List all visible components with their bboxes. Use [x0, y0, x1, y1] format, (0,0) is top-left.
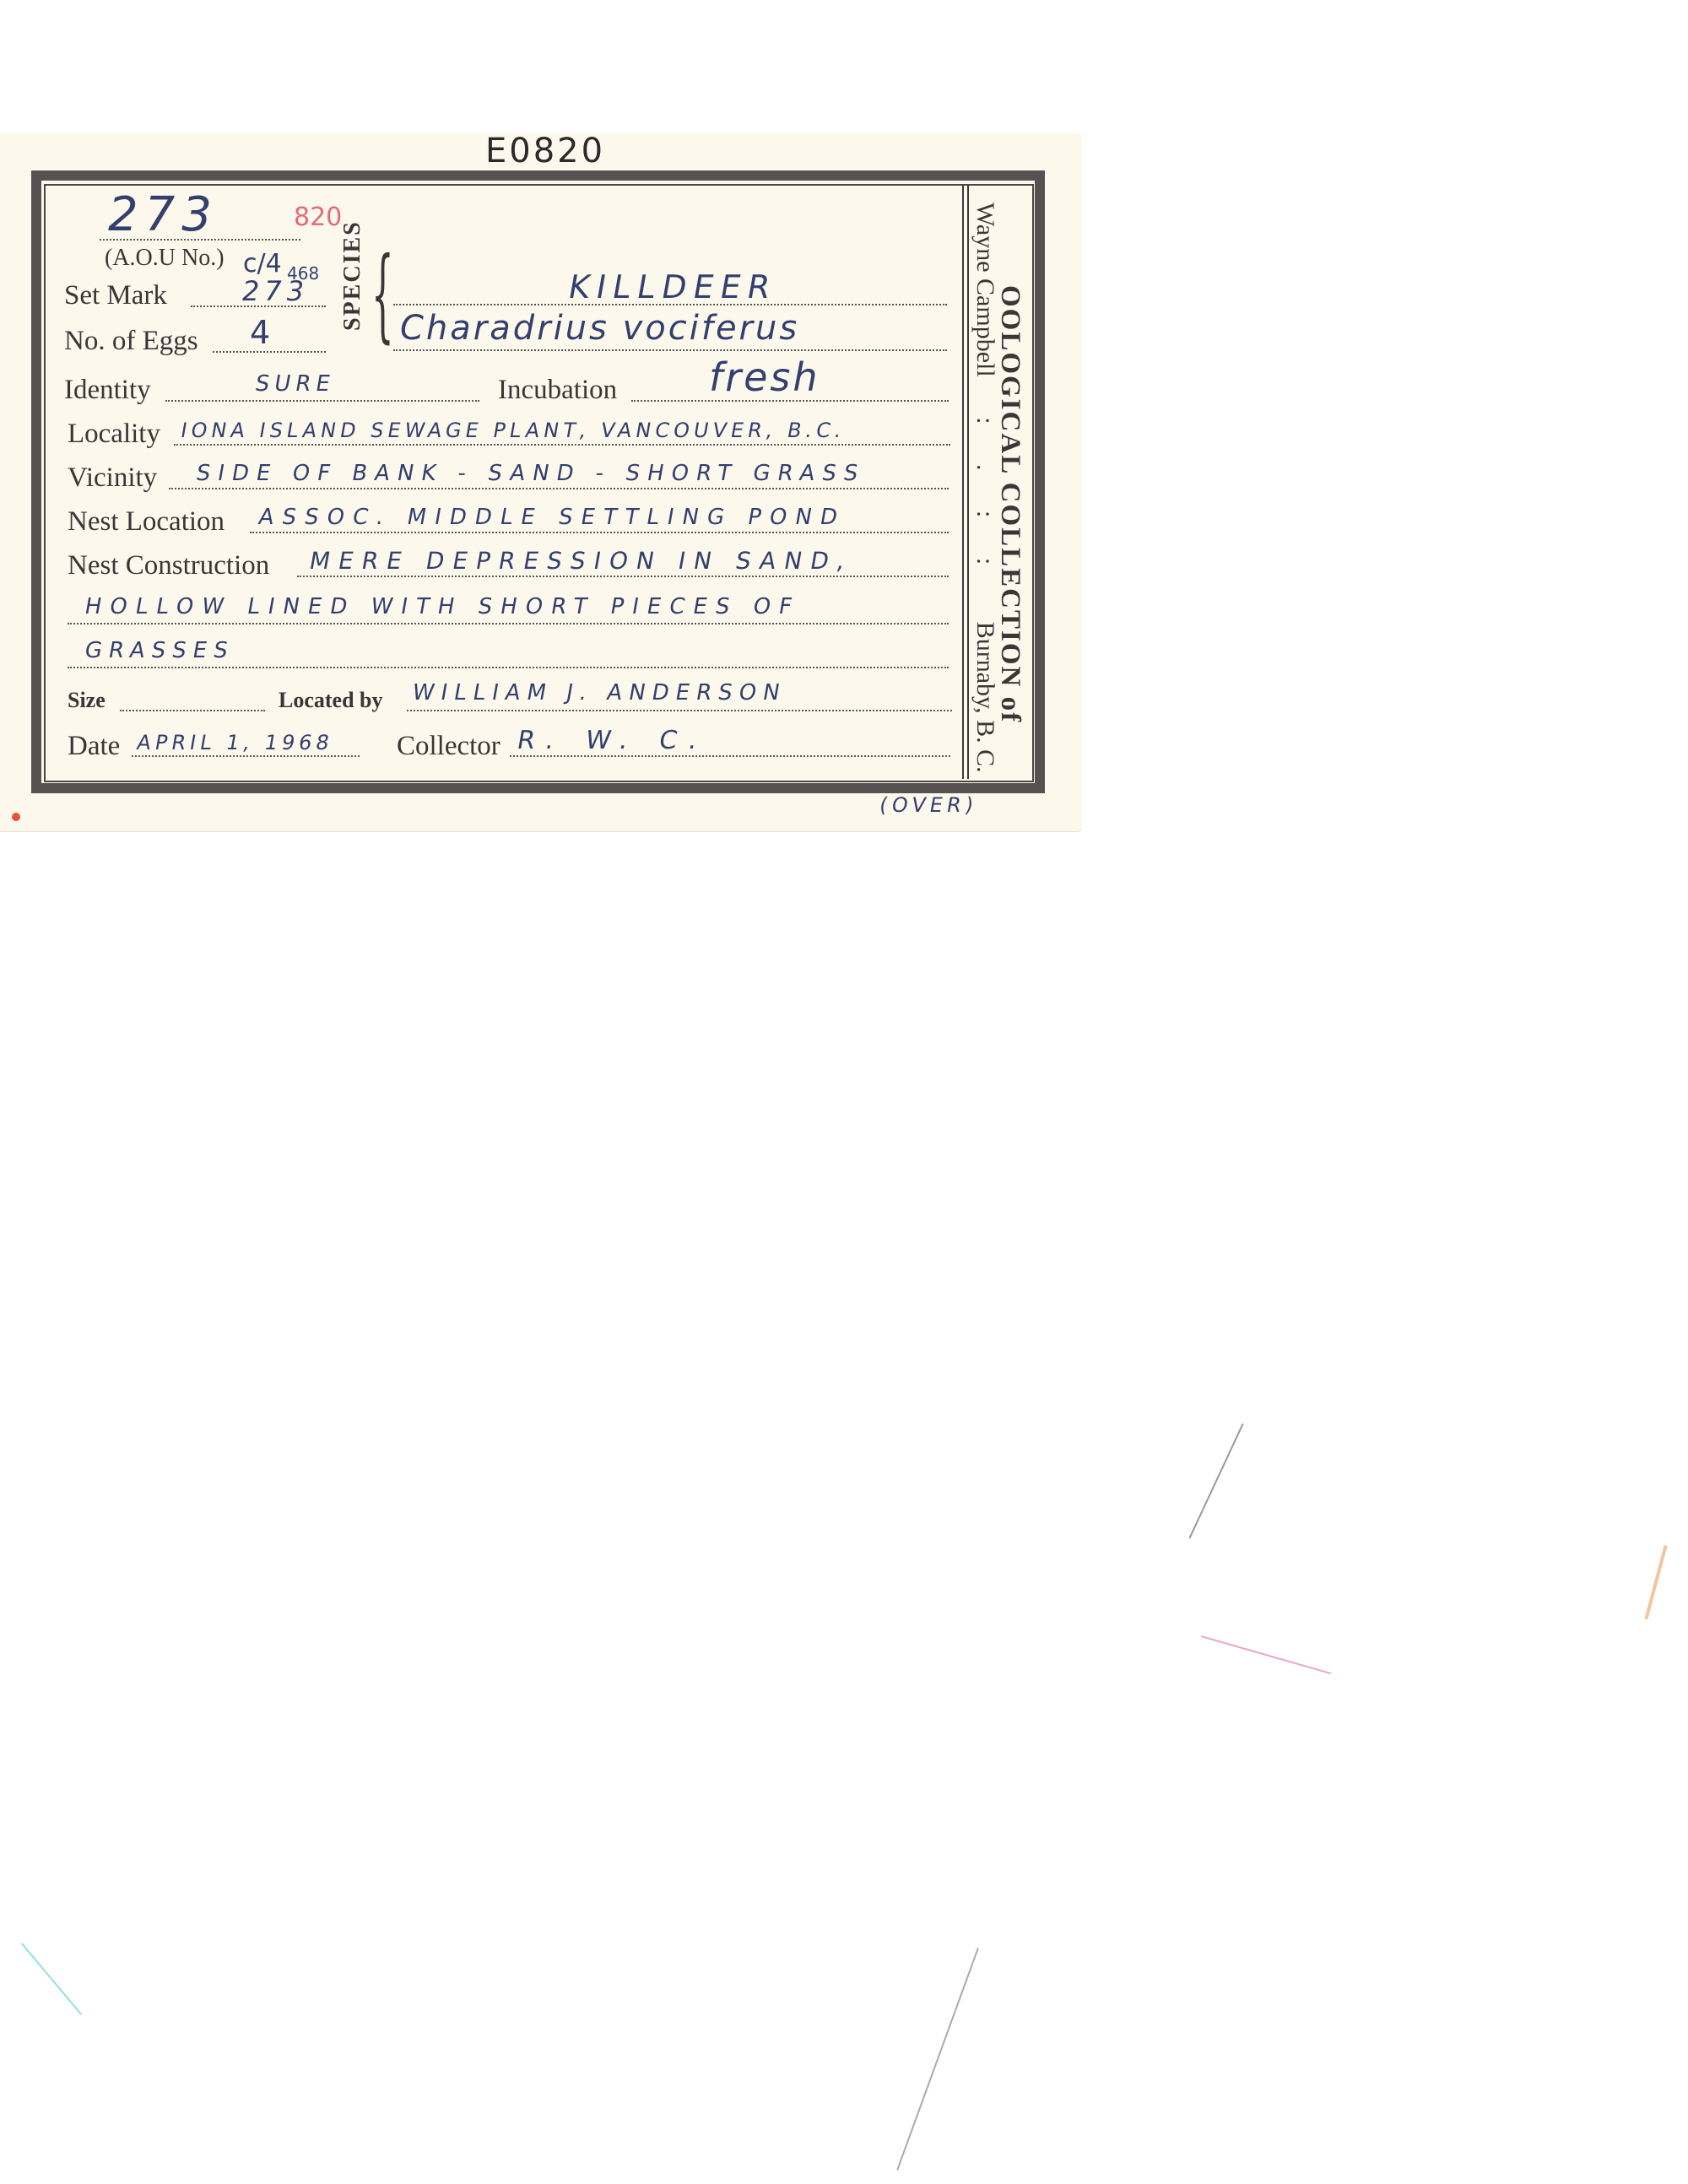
- located-by-value: WILLIAM J. ANDERSON: [410, 680, 788, 705]
- date-label: Date: [68, 731, 120, 762]
- date-value: APRIL 1, 1968: [135, 731, 335, 754]
- set-mark-value: 273: [242, 275, 309, 307]
- nest-construction-line-2: [68, 623, 949, 624]
- set-mark-label: Set Mark: [64, 280, 167, 311]
- scan-scratch: [896, 1948, 979, 2170]
- located-by-label: Located by: [279, 688, 383, 713]
- identity-value: SURE: [253, 371, 337, 397]
- date-line: [132, 755, 360, 757]
- vicinity-line: [169, 488, 949, 489]
- size-label: Size: [68, 688, 105, 713]
- locality-label: Locality: [68, 419, 160, 450]
- scan-scratch: [1188, 1424, 1243, 1539]
- over-note: (OVER): [878, 793, 979, 817]
- incubation-value: fresh: [709, 354, 820, 400]
- scientific-name-line: [393, 349, 947, 351]
- aou-label: (A.O.U No.): [105, 245, 225, 272]
- size-line: [120, 710, 265, 711]
- clutch-value: c/4: [243, 249, 282, 278]
- collection-separator: : . : :: [971, 417, 999, 581]
- scan-scratch: [21, 1943, 82, 2015]
- species-brace: {: [371, 245, 394, 346]
- scan-scratch: [1201, 1635, 1331, 1674]
- collector-label: Collector: [397, 731, 500, 762]
- eggs-value: 4: [250, 314, 270, 351]
- collection-owner: Wayne Campbell: [971, 203, 999, 377]
- nest-location-value: ASSOC. MIDDLE SETTLING POND: [257, 505, 847, 530]
- nest-construction-line-3: [68, 667, 949, 668]
- nest-construction-line-1: [297, 576, 949, 577]
- nest-location-line: [250, 532, 949, 533]
- collector-line: [510, 755, 950, 757]
- nest-construction-value-3: GRASSES: [83, 638, 236, 663]
- incubation-line: [631, 400, 949, 402]
- side-divider: [962, 186, 964, 779]
- species-label: SPECIES: [339, 220, 366, 331]
- collection-owner-line: Wayne Campbell : . : : Burnaby, B. C.: [971, 203, 999, 773]
- nest-construction-value-1: MERE DEPRESSION IN SAND,: [307, 547, 856, 575]
- vicinity-label: Vicinity: [68, 462, 157, 494]
- collection-place: Burnaby, B. C.: [971, 622, 999, 773]
- aou-number-line: [100, 239, 300, 241]
- vicinity-value: SIDE OF BANK - SAND - SHORT GRASS: [194, 461, 868, 486]
- located-by-line: [407, 710, 952, 711]
- collector-value: R. W. C.: [515, 726, 711, 755]
- eggs-label: No. of Eggs: [64, 326, 198, 357]
- nest-construction-label: Nest Construction: [68, 550, 269, 581]
- side-divider: [967, 186, 969, 779]
- nest-location-label: Nest Location: [68, 506, 225, 538]
- identity-line: [165, 400, 479, 402]
- red-dot-mark: [12, 813, 20, 821]
- eggs-line: [213, 351, 326, 353]
- nest-construction-value-2: HOLLOW LINED WITH SHORT PIECES OF: [83, 594, 803, 619]
- scientific-name: Charadrius vociferus: [400, 309, 799, 348]
- red-number: 820: [294, 203, 342, 232]
- catalog-number: E0820: [485, 132, 605, 170]
- incubation-label: Incubation: [498, 375, 617, 406]
- common-name: KILLDEER: [565, 268, 780, 305]
- locality-line: [174, 444, 950, 446]
- scan-scratch: [1644, 1545, 1667, 1619]
- locality-value: IONA ISLAND SEWAGE PLANT, VANCOUVER, B.C…: [179, 419, 847, 442]
- aou-number: 273: [108, 187, 219, 242]
- identity-label: Identity: [64, 375, 151, 406]
